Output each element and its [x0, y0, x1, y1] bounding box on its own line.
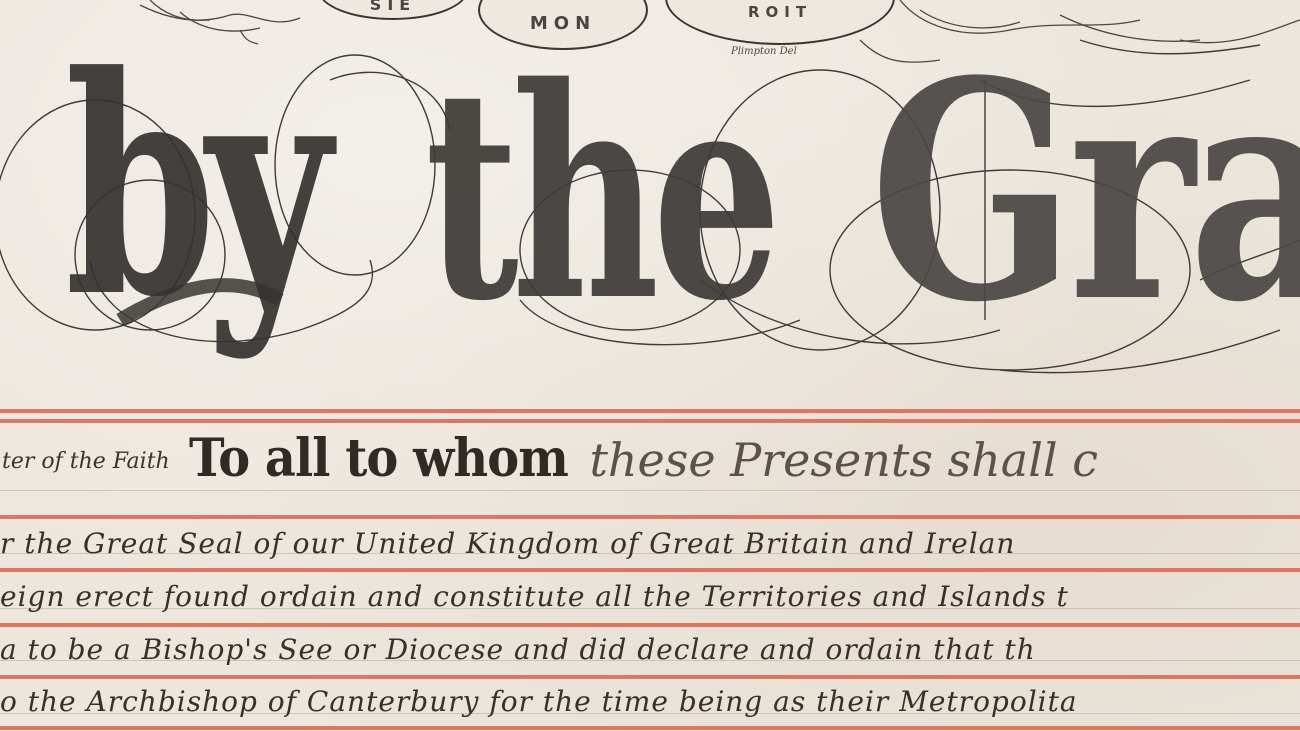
red-rule — [0, 419, 1300, 423]
manuscript-line: o the Archbishop of Canterbury for the t… — [0, 685, 1300, 718]
manuscript-line: r the Great Seal of our United Kingdom o… — [0, 527, 1300, 560]
blackletter-heading: by the Gra — [55, 15, 1300, 355]
motto-text: SIE — [370, 0, 416, 14]
heading-word: by — [65, 10, 321, 363]
line-emphasis: To all to whom — [189, 428, 568, 489]
manuscript-line: a to be a Bishop's See or Diocese and di… — [0, 633, 1300, 666]
line-text: a to be a Bishop's See or Diocese and di… — [0, 633, 1036, 666]
line-text: r the Great Seal of our United Kingdom o… — [0, 527, 1015, 560]
manuscript-line-opening: ter of the Faith To all to whom these Pr… — [0, 428, 1300, 498]
red-rule — [0, 675, 1300, 679]
red-rule — [0, 623, 1300, 627]
line-prefix: ter of the Faith — [2, 449, 170, 474]
document-page: SIE MON ROIT Plimpton Del — [0, 0, 1300, 731]
heading-word: the — [425, 25, 775, 365]
line-text: eign erect found ordain and constitute a… — [0, 580, 1069, 613]
red-rule — [0, 726, 1300, 730]
manuscript-line: eign erect found ordain and constitute a… — [0, 580, 1300, 613]
line-suffix: these Presents shall c — [589, 433, 1098, 487]
red-rule — [0, 515, 1300, 519]
red-rule — [0, 568, 1300, 572]
heading-word: Gra — [870, 15, 1300, 368]
red-rule — [0, 409, 1300, 413]
line-text: o the Archbishop of Canterbury for the t… — [0, 685, 1078, 718]
